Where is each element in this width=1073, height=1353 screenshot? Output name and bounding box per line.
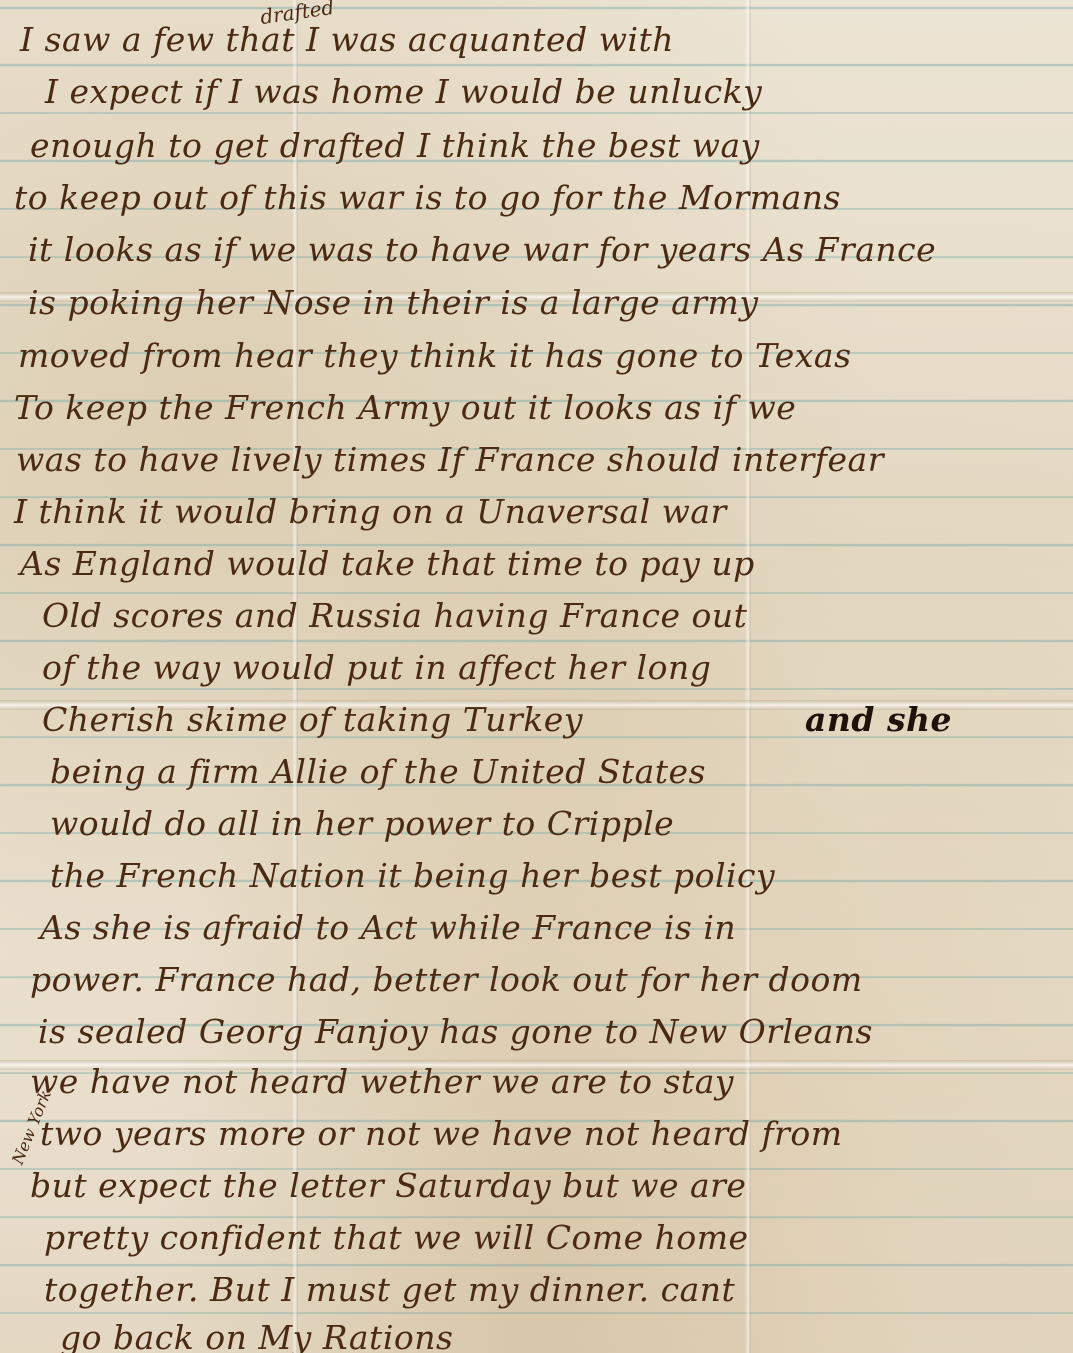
letter-text: drafted I saw a few that I was acquanted…	[0, 0, 1073, 1353]
letter-line: would do all in her power to Cripple	[50, 804, 674, 843]
letter-line: I saw a few that I was acquanted with	[20, 20, 674, 59]
letter-line: I think it would bring on a Unaversal wa…	[14, 492, 727, 531]
letter-line: being a firm Allie of the United States	[50, 752, 706, 791]
letter-line: pretty confident that we will Come home	[44, 1218, 749, 1257]
letter-line: I expect if I was home I would be unluck…	[45, 72, 762, 111]
letter-line: is sealed Georg Fanjoy has gone to New O…	[38, 1012, 873, 1051]
letter-line: but expect the letter Saturday but we ar…	[30, 1166, 746, 1205]
letter-line: As she is afraid to Act while France is …	[40, 908, 736, 947]
letter-line: two years more or not we have not heard …	[40, 1114, 843, 1153]
letter-line: As England would take that time to pay u…	[20, 544, 755, 583]
letter-line: to keep out of this war is to go for the…	[14, 178, 841, 217]
later-insert: and she	[805, 700, 952, 739]
letter-line: power. France had, better look out for h…	[30, 960, 863, 999]
letter-line: moved from hear they think it has gone t…	[18, 336, 852, 375]
letter-line: together. But I must get my dinner. cant	[44, 1270, 735, 1309]
letter-line: is poking her Nose in their is a large a…	[28, 283, 758, 322]
letter-line: was to have lively times If France shoul…	[16, 440, 884, 479]
letter-line: go back on My Rations	[60, 1318, 453, 1353]
letter-line: the French Nation it being her best poli…	[50, 856, 775, 895]
letter-line: Old scores and Russia having France out	[42, 596, 747, 635]
letter-line: Cherish skime of taking Turkey	[42, 700, 583, 739]
letter-line: we have not heard wether we are to stay	[30, 1062, 734, 1101]
letter-line: it looks as if we was to have war for ye…	[28, 230, 936, 269]
letter-line: enough to get drafted I think the best w…	[30, 126, 760, 165]
letter-line: To keep the French Army out it looks as …	[14, 388, 796, 427]
letter-line: of the way would put in affect her long	[42, 648, 711, 687]
letter-page: drafted I saw a few that I was acquanted…	[0, 0, 1073, 1353]
